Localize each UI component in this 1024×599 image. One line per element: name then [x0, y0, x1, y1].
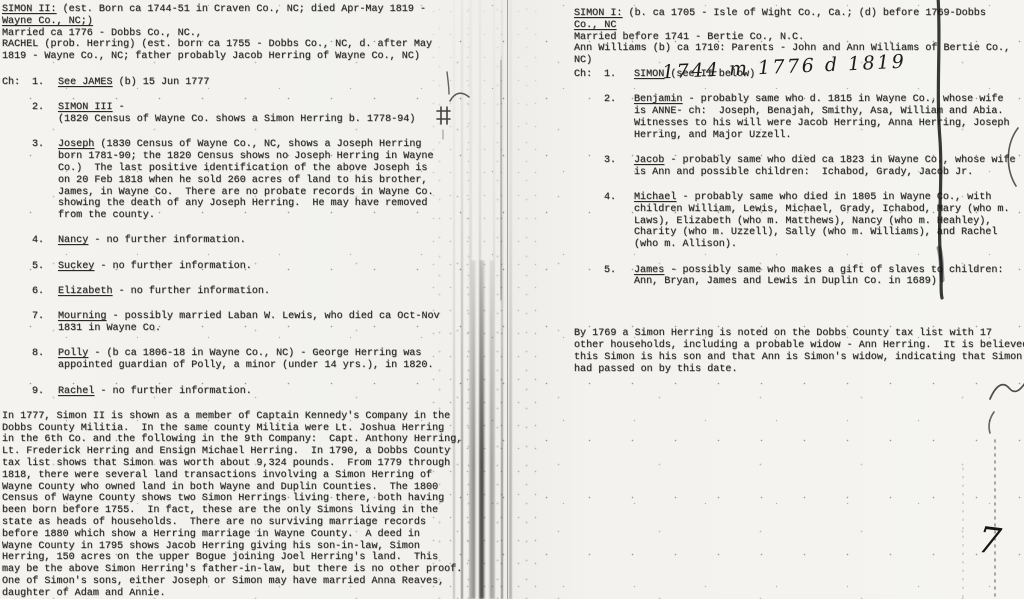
child-text: James - possibly same who makes a gift o… — [634, 265, 1024, 289]
child-number: 4. — [604, 192, 634, 204]
child-text: Nancy - no further information. — [58, 235, 507, 247]
header-text: (b. ca 1705 - Isle of Wight Co., Ca.; (d… — [622, 8, 985, 19]
child-text: Elizabeth - no further information. — [58, 286, 507, 298]
child-entry: 2. Benjamin - probably same who d. 1815 … — [574, 94, 1024, 141]
children-label: Ch: — [2, 77, 32, 89]
left-page: SIMON II: (est. Born ca 1744-51 in Crave… — [2, 4, 507, 599]
header-wrap-underlined: Wayne Co., NC;) — [2, 16, 93, 27]
person-name-simon-ii: SIMON II: — [2, 4, 57, 15]
left-page-header: SIMON II: (est. Born ca 1744-51 in Crave… — [2, 4, 507, 63]
child-entry: 2. SIMON III - (1820 Census of Wayne Co.… — [2, 102, 507, 126]
child-number: 9. — [32, 386, 58, 398]
child-entry: 3. Jacob - probably same who died ca 182… — [574, 155, 1024, 179]
child-text: Michael - probably same who died in 1805… — [634, 192, 1024, 251]
child-detail: - (1820 Census of Wayne Co. shows a Simo… — [58, 102, 415, 125]
header-text: Married ca 1776 - Dobbs Co., NC., RACHEL… — [2, 28, 432, 63]
child-text: SIMON III - (1820 Census of Wayne Co. sh… — [58, 102, 507, 126]
child-detail: (1830 Census of Wayne Co., NC, shows a J… — [58, 139, 434, 221]
child-name: Jacob — [634, 155, 664, 166]
child-name: Suckey — [58, 261, 94, 272]
child-number: 7. — [32, 311, 58, 323]
child-entry: 4. Michael - probably same who died in 1… — [574, 192, 1024, 251]
child-detail: - probably same who d. 1815 in Wayne Co.… — [634, 94, 1010, 140]
child-detail: - no further information. — [113, 286, 271, 297]
child-entry: 4. Nancy - no further information. — [2, 235, 507, 247]
child-name: Polly — [58, 348, 88, 359]
child-detail: - no further information. — [94, 261, 252, 272]
child-entry: 8. Polly - (b ca 1806-18 in Wayne Co., N… — [2, 348, 507, 372]
child-name: Michael — [634, 192, 676, 203]
header-wrap-underlined: Co., NC — [574, 20, 616, 31]
children-label: Ch: — [574, 69, 604, 81]
child-number: 1. — [32, 77, 58, 89]
header-text: (est. Born ca 1744-51 in Craven Co., NC;… — [57, 4, 427, 15]
child-number: 5. — [32, 261, 58, 273]
child-text: See JAMES (b) 15 Jun 1777 — [58, 77, 507, 89]
child-name: Joseph — [58, 139, 94, 150]
child-entry: 9. Rachel - no further information. — [2, 386, 507, 398]
child-detail: (b) 15 Jun 1777 — [113, 77, 210, 88]
child-number: 6. — [32, 286, 58, 298]
child-name: SIMON III — [58, 102, 113, 113]
child-entry: 3. Joseph (1830 Census of Wayne Co., NC,… — [2, 139, 507, 222]
child-entry: 5. Suckey - no further information. — [2, 261, 507, 273]
child-name: Rachel — [58, 386, 94, 397]
right-page-narrative-paragraph: By 1769 a Simon Herring is noted on the … — [574, 328, 1024, 375]
left-page-narrative-paragraph: In 1777, Simon II is shown as a member o… — [2, 411, 507, 599]
child-number: 5. — [604, 265, 634, 277]
person-name-simon-i: SIMON I: — [574, 8, 622, 19]
child-text: Rachel - no further information. — [58, 386, 507, 398]
child-text: Polly - (b ca 1806-18 in Wayne Co., NC) … — [58, 348, 507, 372]
child-number: 2. — [604, 94, 634, 106]
child-detail: - possibly same who makes a gift of slav… — [634, 265, 1004, 288]
child-name: See JAMES — [58, 77, 113, 88]
child-entry: 5. James - possibly same who makes a gif… — [574, 265, 1024, 289]
child-number: 1. — [604, 69, 634, 81]
child-number: 4. — [32, 235, 58, 247]
child-text: Mourning - possibly married Laban W. Lew… — [58, 311, 507, 335]
child-entry: 7. Mourning - possibly married Laban W. … — [2, 311, 507, 335]
child-detail: - no further information. — [88, 235, 246, 246]
child-detail: - (b ca 1806-18 in Wayne Co., NC) - Geor… — [58, 348, 434, 371]
child-name: Elizabeth — [58, 286, 113, 297]
handwritten-corner-mark: 7 — [976, 520, 1004, 563]
child-detail: - probably same who died in 1805 in Wayn… — [634, 192, 1010, 250]
child-number: 3. — [32, 139, 58, 151]
child-text: Benjamin - probably same who d. 1815 in … — [634, 94, 1024, 141]
child-number: 3. — [604, 155, 634, 167]
child-number: 8. — [32, 348, 58, 360]
child-name: Benjamin — [634, 94, 682, 105]
child-number: 2. — [32, 102, 58, 114]
page-fold-line — [507, 0, 508, 599]
child-entry: 6. Elizabeth - no further information. — [2, 286, 507, 298]
child-name: Nancy — [58, 235, 88, 246]
child-text: Suckey - no further information. — [58, 261, 507, 273]
child-detail: - possibly married Laban W. Lewis, who d… — [58, 311, 440, 334]
child-text: Joseph (1830 Census of Wayne Co., NC, sh… — [58, 139, 507, 222]
child-name: James — [634, 265, 664, 276]
child-text: Jacob - probably same who died ca 1823 i… — [634, 155, 1024, 179]
child-name: SIMON — [634, 69, 664, 80]
child-entry: Ch: 1. See JAMES (b) 15 Jun 1777 — [2, 77, 507, 89]
child-name: Mourning — [58, 311, 106, 322]
child-detail: - no further information. — [94, 386, 252, 397]
child-detail: - probably same who died ca 1823 in Wayn… — [634, 155, 1016, 178]
